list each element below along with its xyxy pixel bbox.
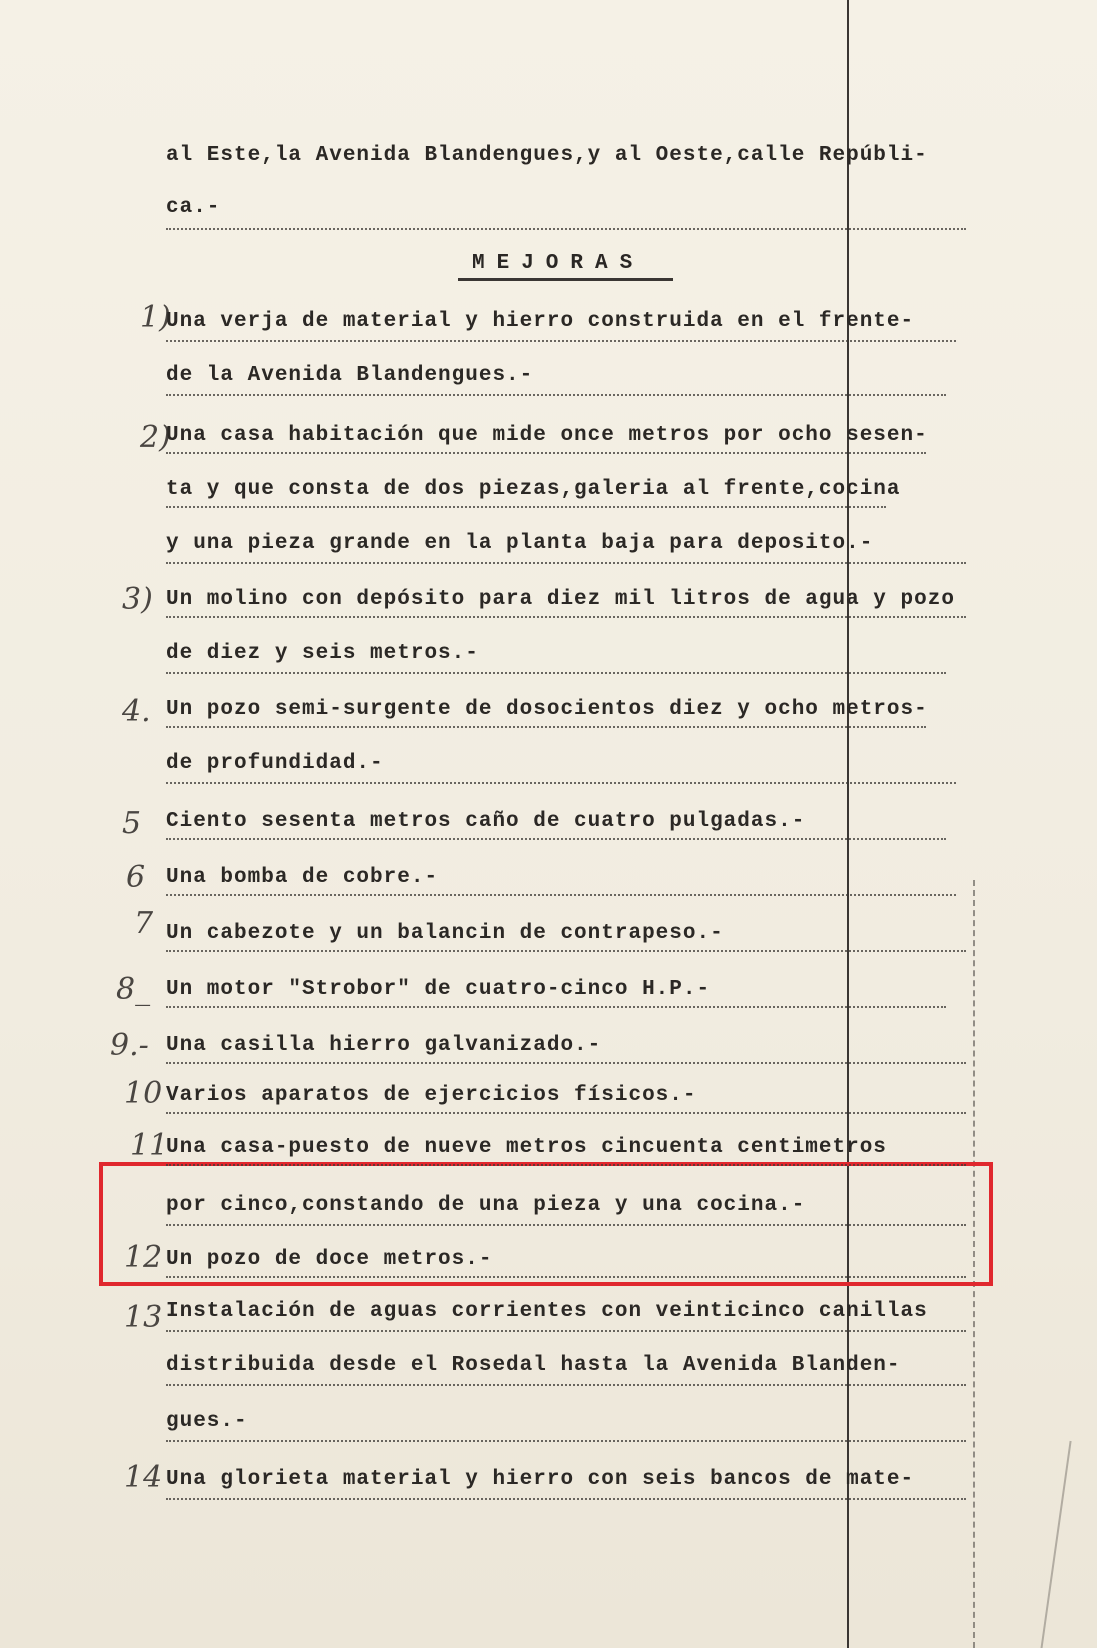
text-line: Instalación de aguas corrientes con vein… <box>166 1300 928 1323</box>
text-line: Una bomba de cobre.- <box>166 866 438 889</box>
typed-rule <box>166 672 946 674</box>
text-line: distribuida desde el Rosedal hasta la Av… <box>166 1354 901 1377</box>
typed-rule <box>166 894 956 896</box>
text-line: Una casilla hierro galvanizado.- <box>166 1034 601 1057</box>
typed-rule <box>166 950 966 952</box>
text-line: y una pieza grande en la planta baja par… <box>166 532 873 555</box>
text-line: de la Avenida Blandengues.- <box>166 364 533 387</box>
text-line: ca.- <box>166 196 220 219</box>
typed-rule <box>166 340 956 342</box>
text-line: Un molino con depósito para diez mil lit… <box>166 588 955 611</box>
typed-rule <box>166 782 956 784</box>
typed-rule <box>166 1440 966 1442</box>
typed-rule <box>166 228 966 230</box>
handwritten-number: 9.- <box>110 1028 149 1063</box>
typed-rule <box>166 1006 946 1008</box>
typed-rule <box>166 1276 966 1278</box>
handwritten-number: 11 <box>130 1128 168 1163</box>
typed-rule <box>166 1112 966 1114</box>
handwritten-number: 8_ <box>116 972 150 1007</box>
handwritten-number: 10 <box>124 1076 162 1111</box>
text-line: Varios aparatos de ejercicios físicos.- <box>166 1084 696 1107</box>
handwritten-number: 13 <box>124 1300 162 1335</box>
typed-rule <box>166 1330 966 1332</box>
text-line: de profundidad.- <box>166 752 384 775</box>
typed-rule <box>166 1224 966 1226</box>
typed-rule <box>166 1498 966 1500</box>
handwritten-number: 3) <box>122 582 153 617</box>
handwritten-number: 7 <box>134 906 153 941</box>
handwritten-number: 6 <box>126 860 145 895</box>
heading-underline <box>458 278 673 281</box>
text-line: Un pozo semi-surgente de dosocientos die… <box>166 698 928 721</box>
text-line: al Este,la Avenida Blandengues,y al Oest… <box>166 144 928 167</box>
typed-rule <box>166 506 886 508</box>
typed-rule <box>166 1384 966 1386</box>
section-heading: MEJORAS <box>472 252 644 275</box>
text-line: Una casa-puesto de nueve metros cincuent… <box>166 1136 887 1159</box>
fold-line <box>847 0 849 1648</box>
text-line: por cinco,constando de una pieza y una c… <box>166 1194 805 1217</box>
typed-rule <box>166 1062 966 1064</box>
text-line: ta y que consta de dos piezas,galeria al… <box>166 478 901 501</box>
typed-rule <box>166 1164 966 1166</box>
text-line: Un cabezote y un balancin de contrapeso.… <box>166 922 724 945</box>
text-line: Una glorieta material y hierro con seis … <box>166 1468 914 1491</box>
text-line: Un pozo de doce metros.- <box>166 1248 492 1271</box>
text-line: Una casa habitación que mide once metros… <box>166 424 928 447</box>
handwritten-number: 14 <box>124 1460 162 1495</box>
typed-rule <box>166 562 966 564</box>
typed-rule <box>166 394 946 396</box>
typed-rule <box>166 452 926 454</box>
text-line: Ciento sesenta metros caño de cuatro pul… <box>166 810 805 833</box>
typed-rule <box>166 616 966 618</box>
handwritten-number: 12 <box>124 1240 162 1275</box>
text-line: Un motor "Strobor" de cuatro-cinco H.P.- <box>166 978 710 1001</box>
text-line: Una verja de material y hierro construid… <box>166 310 914 333</box>
handwritten-number: 4. <box>122 694 151 729</box>
text-line: gues.- <box>166 1410 248 1433</box>
text-line: de diez y seis metros.- <box>166 642 479 665</box>
typed-rule <box>166 726 926 728</box>
handwritten-number: 5 <box>122 806 141 841</box>
typed-rule <box>166 838 946 840</box>
